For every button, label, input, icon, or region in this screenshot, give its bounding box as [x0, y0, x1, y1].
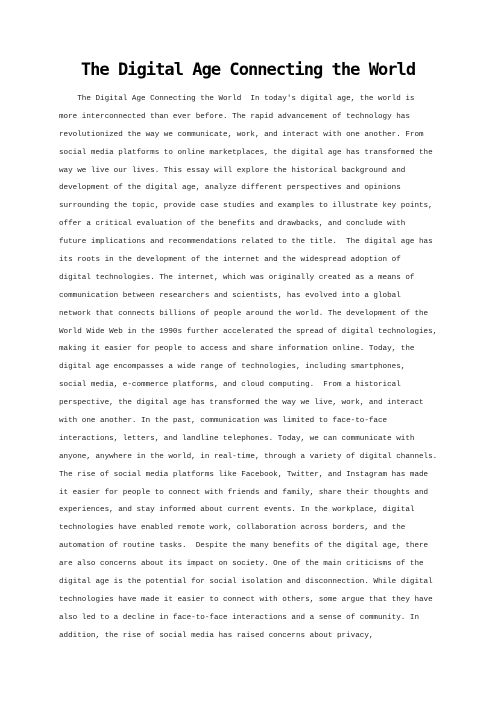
text-line: communication between researchers and sc…	[59, 288, 441, 306]
text-line: network that connects billions of people…	[59, 306, 441, 324]
text-line: social media, e-commerce platforms, and …	[59, 377, 441, 395]
text-line: technologies have enabled remote work, c…	[59, 520, 441, 538]
text-line: are also concerns about its impact on so…	[59, 556, 441, 574]
text-line: World Wide Web in the 1990s further acce…	[59, 324, 441, 342]
text-line: addition, the rise of social media has r…	[59, 628, 441, 646]
document-body-paragraph: The Digital Age Connecting the World In …	[59, 91, 441, 646]
text-line: technologies have made it easier to conn…	[59, 592, 441, 610]
text-line: making it easier for people to access an…	[59, 341, 441, 359]
text-line: interactions, letters, and landline tele…	[59, 431, 441, 449]
text-line: digital age encompasses a wide range of …	[59, 359, 441, 377]
text-line: also led to a decline in face-to-face in…	[59, 610, 441, 628]
document-title: The Digital Age Connecting the World	[0, 60, 496, 80]
text-line: with one another. In the past, communica…	[59, 413, 441, 431]
text-line: offer a critical evaluation of the benef…	[59, 216, 441, 234]
text-line: anyone, anywhere in the world, in real-t…	[59, 449, 441, 467]
text-line: future implications and recommendations …	[59, 234, 441, 252]
text-line: its roots in the development of the inte…	[59, 252, 441, 270]
text-line: it easier for people to connect with fri…	[59, 485, 441, 503]
text-line: The rise of social media platforms like …	[59, 467, 441, 485]
text-line: The Digital Age Connecting the World In …	[59, 91, 441, 109]
text-line: social media platforms to online marketp…	[59, 145, 441, 163]
text-line: development of the digital age, analyze …	[59, 180, 441, 198]
text-line: way we live our lives. This essay will e…	[59, 163, 441, 181]
text-line: digital age is the potential for social …	[59, 574, 441, 592]
text-line: digital technologies. The internet, whic…	[59, 270, 441, 288]
text-line: perspective, the digital age has transfo…	[59, 395, 441, 413]
text-line: surrounding the topic, provide case stud…	[59, 198, 441, 216]
text-line: experiences, and stay informed about cur…	[59, 502, 441, 520]
document-page: The Digital Age Connecting the World The…	[0, 0, 496, 702]
text-line: more interconnected than ever before. Th…	[59, 109, 441, 127]
text-line: revolutionized the way we communicate, w…	[59, 127, 441, 145]
text-line: automation of routine tasks. Despite the…	[59, 538, 441, 556]
